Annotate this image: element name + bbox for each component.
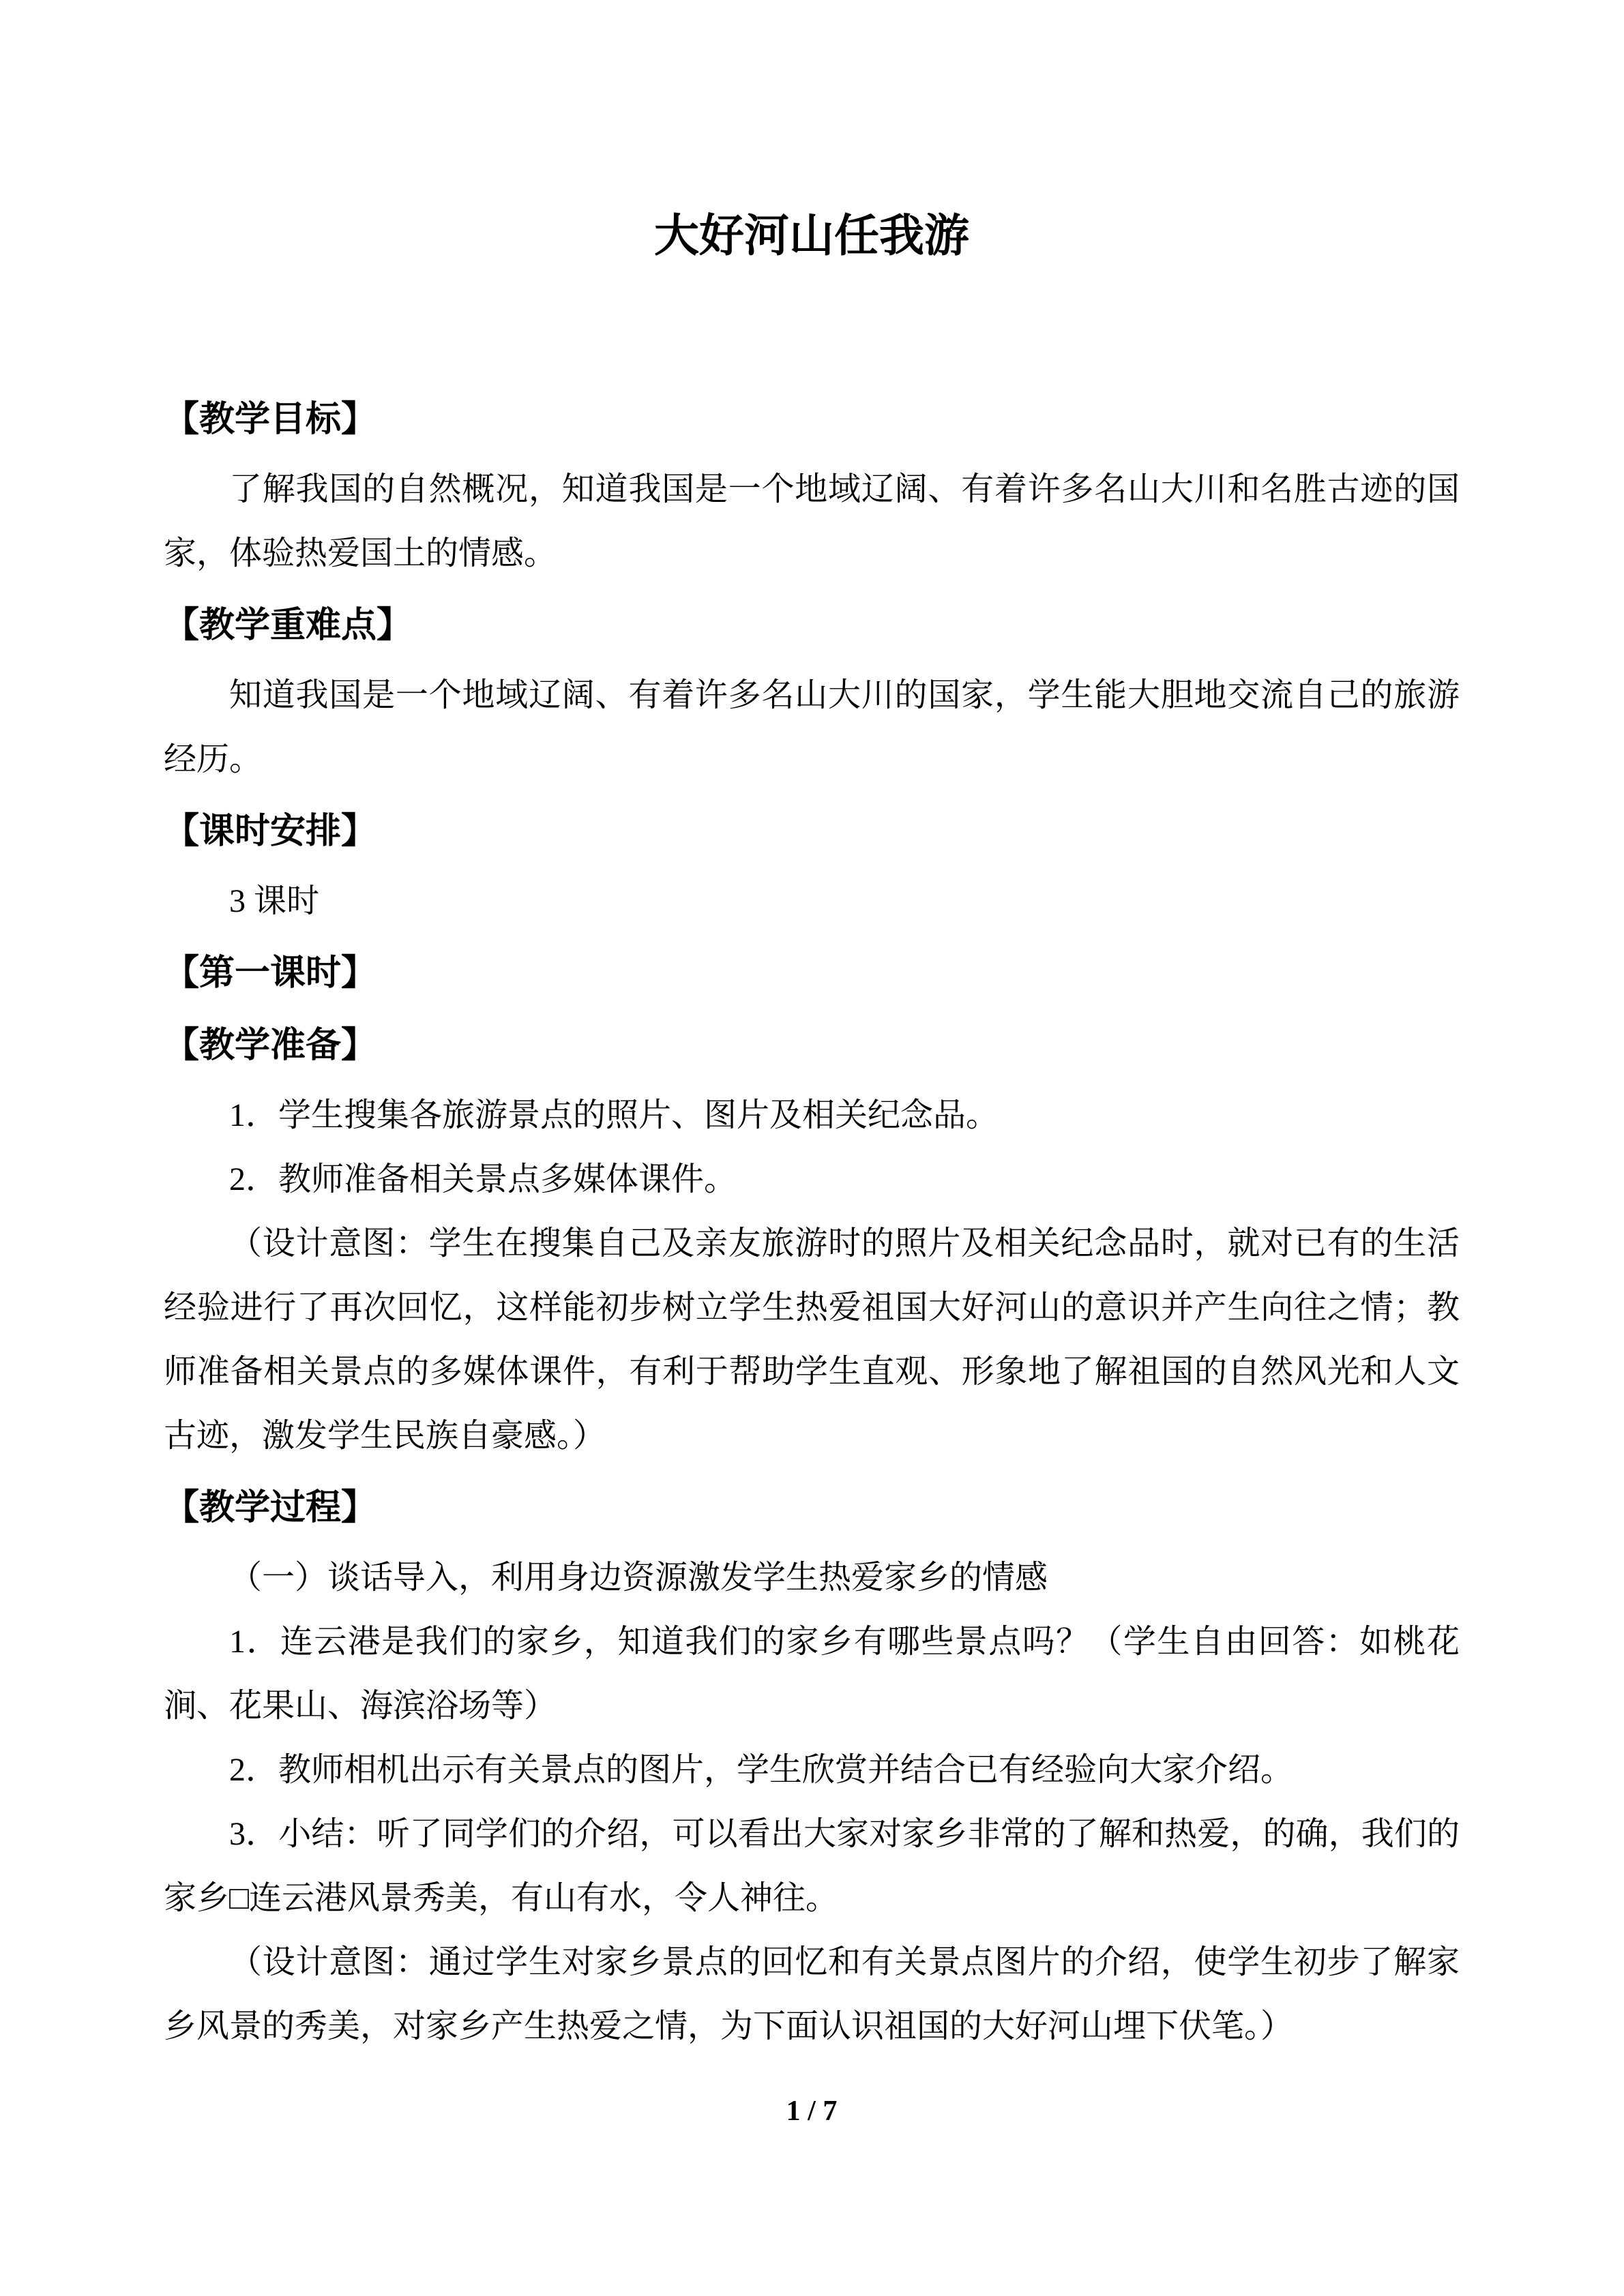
para-design-intent-2: （设计意图：通过学生对家乡景点的回忆和有关景点图片的介绍，使学生初步了解家乡风景… bbox=[164, 1930, 1460, 2059]
heading-key-difficulties: 【教学重难点】 bbox=[164, 594, 1460, 658]
heading-lesson-schedule: 【课时安排】 bbox=[164, 800, 1460, 864]
heading-first-period: 【第一课时】 bbox=[164, 942, 1460, 1006]
para-prep-item-1: 1．学生搜集各旅游景点的照片、图片及相关纪念品。 bbox=[164, 1084, 1460, 1148]
para-talk-item-2: 2．教师相机出示有关景点的图片，学生欣赏并结合已有经验向大家介绍。 bbox=[164, 1738, 1460, 1802]
para-lesson-hours: 3 课时 bbox=[164, 869, 1460, 934]
para-objectives: 了解我国的自然概况，知道我国是一个地域辽阔、有着许多名山大川和名胜古迹的国家，体… bbox=[164, 458, 1460, 586]
para-process-step-1: （一）谈话导入，利用身边资源激发学生热爱家乡的情感 bbox=[164, 1546, 1460, 1610]
page-footer: 1 / 7 bbox=[164, 2079, 1460, 2143]
para-design-intent-1: （设计意图：学生在搜集自己及亲友旅游时的照片及相关纪念品时，就对已有的生活经验进… bbox=[164, 1212, 1460, 1468]
document-page: 大好河山任我游 【教学目标】 了解我国的自然概况，知道我国是一个地域辽阔、有着许… bbox=[0, 0, 1624, 2296]
para-prep-item-2: 2．教师准备相关景点多媒体课件。 bbox=[164, 1148, 1460, 1212]
doc-title: 大好河山任我游 bbox=[164, 205, 1460, 269]
heading-teaching-objectives: 【教学目标】 bbox=[164, 388, 1460, 452]
heading-teaching-process: 【教学过程】 bbox=[164, 1476, 1460, 1540]
para-talk-item-3: 3．小结：听了同学们的介绍，可以看出大家对家乡非常的了解和热爱，的确，我们的家乡… bbox=[164, 1802, 1460, 1930]
heading-teaching-preparation: 【教学准备】 bbox=[164, 1014, 1460, 1078]
para-talk-item-1: 1．连云港是我们的家乡，知道我们的家乡有哪些景点吗？（学生自由回答：如桃花涧、花… bbox=[164, 1610, 1460, 1738]
page-number: 1 / 7 bbox=[786, 2096, 838, 2127]
para-key-difficulties: 知道我国是一个地域辽阔、有着许多名山大川的国家，学生能大胆地交流自己的旅游经历。 bbox=[164, 664, 1460, 792]
